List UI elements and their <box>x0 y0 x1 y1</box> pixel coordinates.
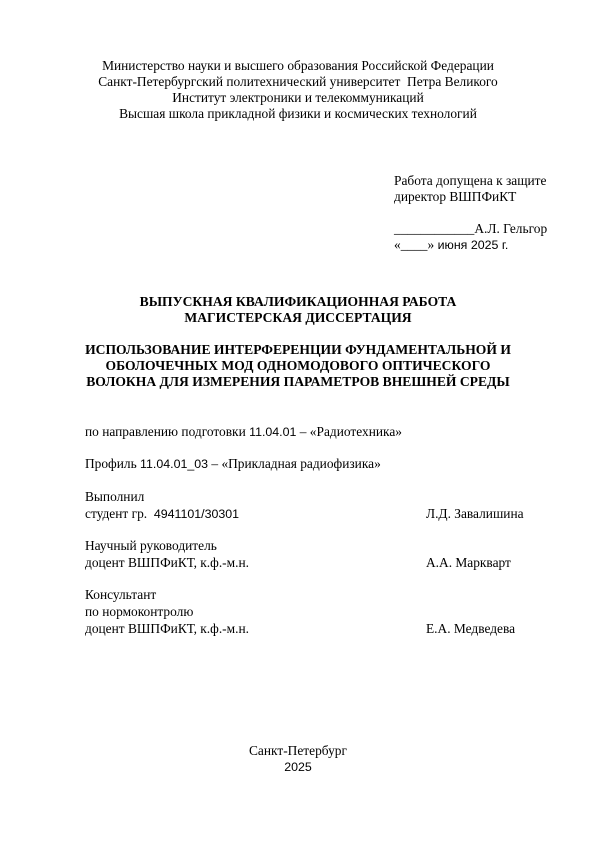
performer-group-prefix: студент гр. <box>85 506 154 521</box>
profile-name: – «Прикладная радиофизика» <box>208 456 381 471</box>
profile-prefix: Профиль <box>85 456 140 471</box>
signature-blank: ____________ <box>394 221 474 236</box>
direction-line: по направлению подготовки 11.04.01 – «Ра… <box>85 424 402 440</box>
supervisor-position: доцент ВШПФиКТ, к.ф.-м.н. <box>85 555 249 571</box>
footer-year: 2025 <box>0 759 596 775</box>
consultant-subrole: по нормоконтролю <box>85 604 193 620</box>
direction-code: 11.04.01 <box>249 425 296 439</box>
date-day-blank: ____ <box>401 237 428 252</box>
profile-code: 11.04.01_03 <box>140 457 208 471</box>
direction-prefix: по направлению подготовки <box>85 424 249 439</box>
performer-position: студент гр. 4941101/30301 <box>85 506 239 522</box>
consultant-name: Е.А. Медведева <box>426 621 515 637</box>
thesis-title-line-2: ОБОЛОЧЕЧНЫХ МОД ОДНОМОДОВОГО ОПТИЧЕСКОГО <box>0 358 596 374</box>
date-suffix: г. <box>498 238 508 252</box>
approval-signature-line: ____________А.Л. Гельгор <box>394 221 547 237</box>
direction-name: – «Радиотехника» <box>296 424 402 439</box>
performer-role: Выполнил <box>85 489 144 505</box>
supervisor-name: А.А. Маркварт <box>426 555 511 571</box>
date-month: июня <box>434 238 471 252</box>
director-name: А.Л. Гельгор <box>474 221 547 236</box>
thesis-title-line-3: ВОЛОКНА ДЛЯ ИЗМЕРЕНИЯ ПАРАМЕТРОВ ВНЕШНЕЙ… <box>0 374 596 390</box>
work-type-line-2: МАГИСТЕРСКАЯ ДИССЕРТАЦИЯ <box>0 310 596 326</box>
performer-group-number: 4941101/30301 <box>154 507 239 521</box>
approval-date-line: «____» июня 2025 г. <box>394 237 508 253</box>
ministry-line: Министерство науки и высшего образования… <box>0 58 596 74</box>
work-type-line-1: ВЫПУСКНАЯ КВАЛИФИКАЦИОННАЯ РАБОТА <box>0 294 596 310</box>
consultant-position: доцент ВШПФиКТ, к.ф.-м.н. <box>85 621 249 637</box>
approval-admitted-text: Работа допущена к защите <box>394 173 546 189</box>
footer-city: Санкт-Петербург <box>0 743 596 759</box>
date-year: 2025 <box>471 238 499 252</box>
date-open-quote: « <box>394 237 401 252</box>
university-line: Санкт-Петербургский политехнический унив… <box>0 74 596 90</box>
profile-line: Профиль 11.04.01_03 – «Прикладная радиоф… <box>85 456 381 472</box>
institute-line: Институт электроники и телекоммуникаций <box>0 90 596 106</box>
consultant-role: Консультант <box>85 587 156 603</box>
thesis-title-line-1: ИСПОЛЬЗОВАНИЕ ИНТЕРФЕРЕНЦИИ ФУНДАМЕНТАЛЬ… <box>0 342 596 358</box>
approval-director-text: директор ВШПФиКТ <box>394 189 516 205</box>
performer-name: Л.Д. Завалишина <box>426 506 524 522</box>
supervisor-role: Научный руководитель <box>85 538 217 554</box>
school-line: Высшая школа прикладной физики и космиче… <box>0 106 596 122</box>
